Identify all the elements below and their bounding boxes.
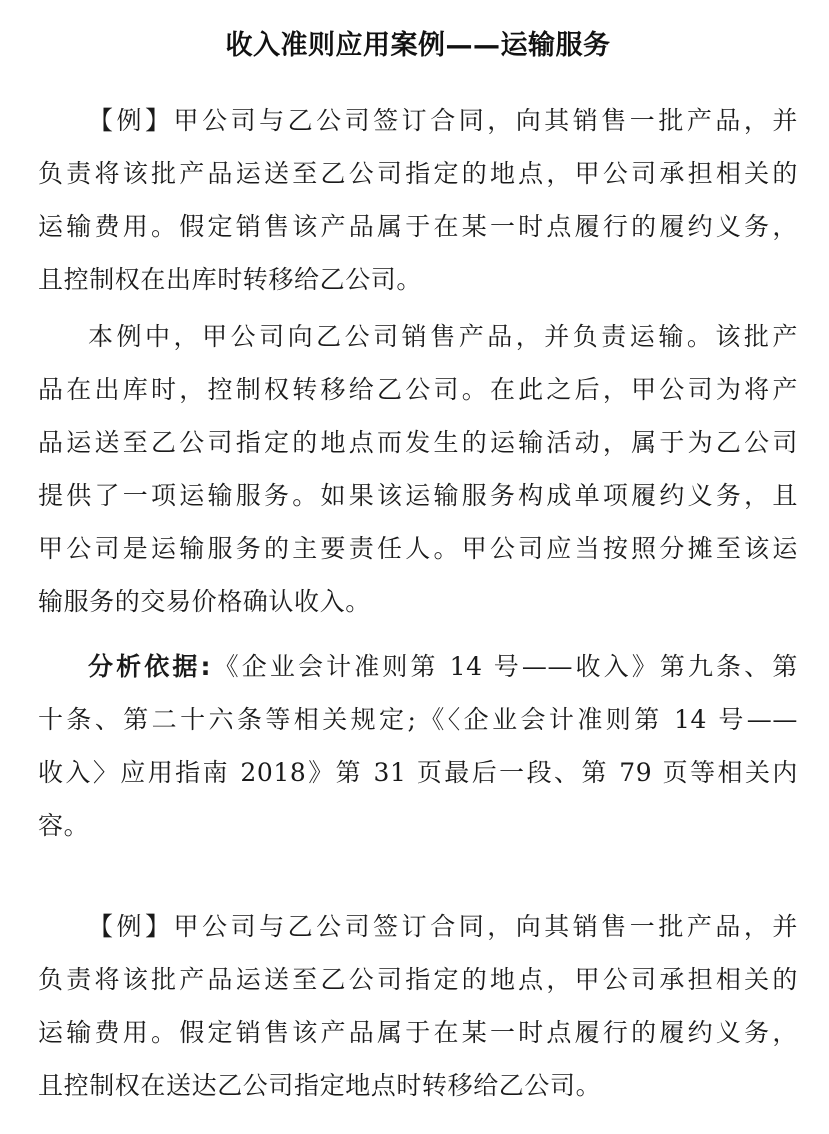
text-line: 收入〉应用指南 2018》第 31 页最后一段、第 79 页等相关内 (38, 746, 798, 799)
text-line: 负责将该批产品运送至乙公司指定的地点，甲公司承担相关的 (38, 953, 798, 1006)
text-line: 品运送至乙公司指定的地点而发生的运输活动，属于为乙公司 (38, 416, 798, 469)
text-line: 输服务的交易价格确认收入。 (38, 575, 798, 628)
text-line: 负责将该批产品运送至乙公司指定的地点，甲公司承担相关的 (38, 147, 798, 200)
example-paragraph-1: 【例】甲公司与乙公司签订合同，向其销售一批产品，并 负责将该批产品运送至乙公司指… (38, 94, 798, 306)
text-line: 分析依据:《企业会计准则第 14 号——收入》第九条、第 (38, 640, 798, 693)
text-line: 运输费用。假定销售该产品属于在某一时点履行的履约义务， (38, 1006, 798, 1059)
text-line: 且控制权在出库时转移给乙公司。 (38, 253, 798, 306)
basis-text: 《企业会计准则第 14 号——收入》第九条、第 (211, 652, 798, 681)
example-paragraph-2: 【例】甲公司与乙公司签订合同，向其销售一批产品，并 负责将该批产品运送至乙公司指… (38, 900, 798, 1112)
text-line: 【例】甲公司与乙公司签订合同，向其销售一批产品，并 (38, 900, 798, 953)
text-line: 且控制权在送达乙公司指定地点时转移给乙公司。 (38, 1059, 798, 1112)
basis-label: 分析依据: (88, 652, 211, 681)
document-title: 收入准则应用案例——运输服务 (38, 26, 798, 66)
analysis-basis-paragraph: 分析依据:《企业会计准则第 14 号——收入》第九条、第 十条、第二十六条等相关… (38, 640, 798, 852)
text-line: 十条、第二十六条等相关规定;《〈企业会计准则第 14 号—— (38, 693, 798, 746)
text-line: 提供了一项运输服务。如果该运输服务构成单项履约义务，且 (38, 469, 798, 522)
text-line: 运输费用。假定销售该产品属于在某一时点履行的履约义务， (38, 200, 798, 253)
text-line: 容。 (38, 799, 798, 852)
analysis-paragraph: 本例中，甲公司向乙公司销售产品，并负责运输。该批产 品在出库时，控制权转移给乙公… (38, 310, 798, 628)
text-line: 甲公司是运输服务的主要责任人。甲公司应当按照分摊至该运 (38, 522, 798, 575)
text-line: 本例中，甲公司向乙公司销售产品，并负责运输。该批产 (38, 310, 798, 363)
text-line: 品在出库时，控制权转移给乙公司。在此之后，甲公司为将产 (38, 363, 798, 416)
text-line: 【例】甲公司与乙公司签订合同，向其销售一批产品，并 (38, 94, 798, 147)
